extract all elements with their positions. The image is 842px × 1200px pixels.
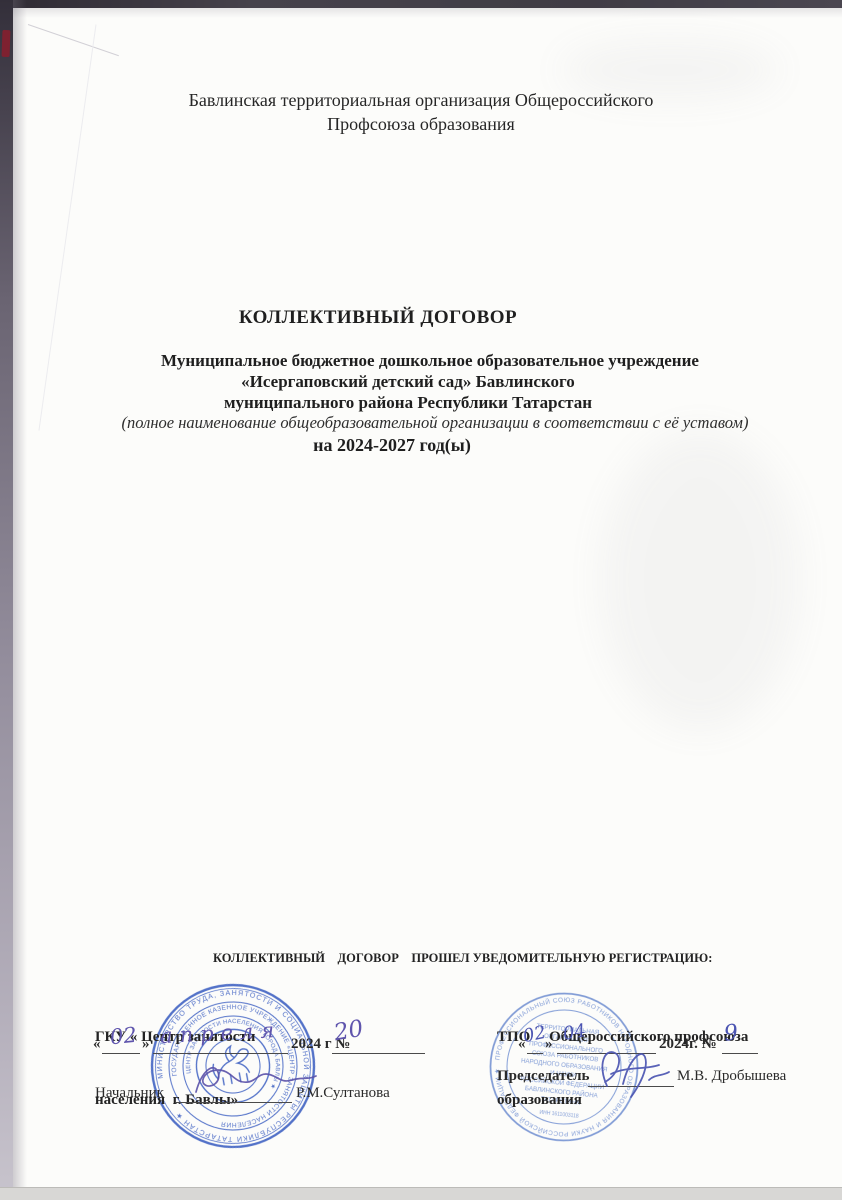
left-number-line xyxy=(332,1053,425,1054)
organization-name-note: (полное наименование общеобразовательной… xyxy=(65,413,805,433)
right-signer-name: М.В. Дробышева xyxy=(677,1068,786,1085)
organization-name-line2: «Исергаповский детский сад» Бавлинского xyxy=(38,371,778,392)
left-date-quote-open: « xyxy=(93,1036,101,1053)
right-handwritten-number: 9 xyxy=(723,1020,740,1046)
scan-edge-left-fade xyxy=(13,0,27,1200)
organization-header-line1: Бавлинская территориальная организация О… xyxy=(141,88,701,112)
right-handwritten-month: 04 xyxy=(561,1020,587,1045)
right-signature xyxy=(593,1044,681,1099)
left-handwritten-day: 02 xyxy=(109,1023,138,1050)
document-title: КОЛЛЕКТИВНЫЙ ДОГОВОР xyxy=(18,307,738,329)
paper-fold-line xyxy=(28,24,119,56)
left-handwritten-number: 20 xyxy=(332,1016,365,1047)
left-date-quote-close: » xyxy=(142,1036,150,1053)
right-date-day-line xyxy=(527,1053,543,1054)
left-signature xyxy=(192,1058,322,1103)
left-date-day-line xyxy=(102,1053,140,1054)
organization-name-block: Муниципальное бюджетное дошкольное образ… xyxy=(60,350,800,413)
right-signer-role: Председатель xyxy=(497,1068,589,1085)
red-binding-mark xyxy=(2,30,11,57)
scan-edge-top xyxy=(0,0,842,8)
registration-heading: КОЛЛЕКТИВНЫЙ ДОГОВОР ПРОШЕЛ УВЕДОМИТЕЛЬН… xyxy=(213,951,712,966)
agreement-period: на 2024-2027 год(ы) xyxy=(22,435,762,456)
scan-edge-top-shadow xyxy=(0,8,842,18)
left-signer-role: Начальник xyxy=(95,1085,164,1102)
organization-header: Бавлинская территориальная организация О… xyxy=(141,88,701,136)
organization-name-line3: муниципального района Республики Татарст… xyxy=(38,392,778,413)
organization-name-line1: Муниципальное бюджетное дошкольное образ… xyxy=(60,350,800,371)
scan-smudge xyxy=(600,430,800,730)
left-date-month-line xyxy=(153,1053,288,1054)
organization-header-line2: Профсоюза образования xyxy=(141,112,701,136)
scan-edge-bottom xyxy=(0,1187,842,1200)
right-number-line xyxy=(722,1053,758,1054)
scanned-document-page: Бавлинская территориальная организация О… xyxy=(0,0,842,1200)
scan-edge-left xyxy=(0,0,13,1200)
